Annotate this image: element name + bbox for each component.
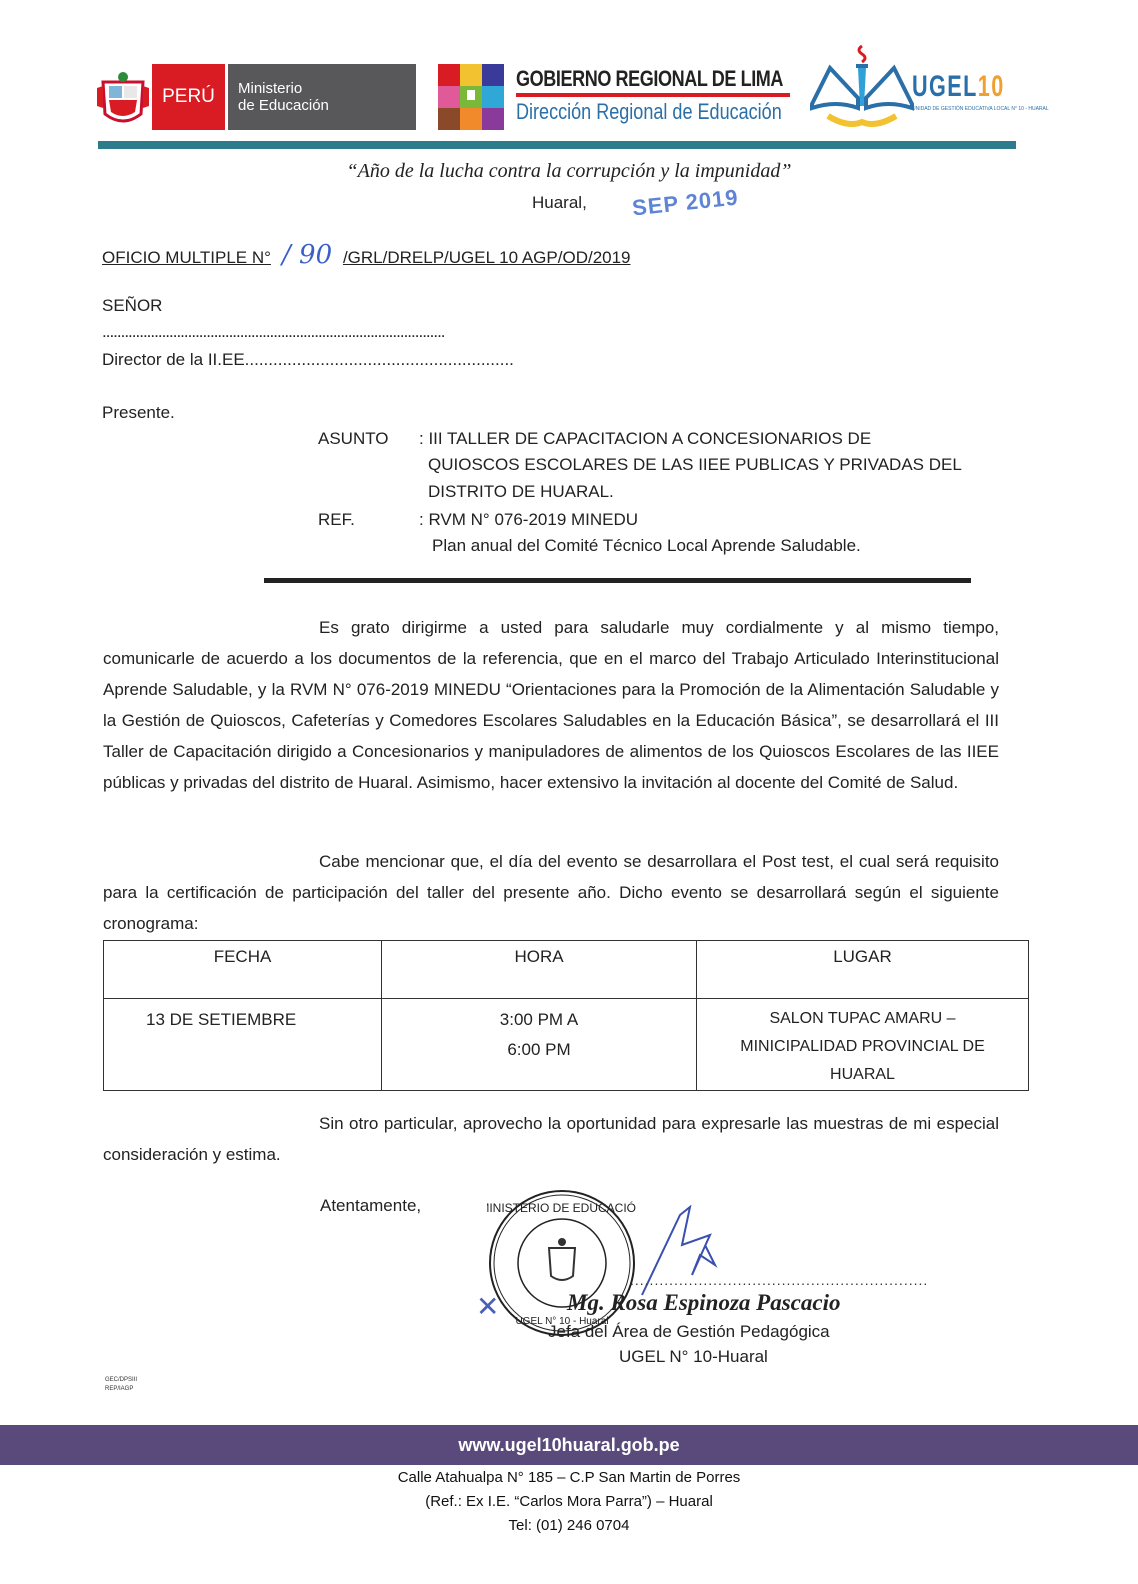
gobierno-regional-title: GOBIERNO REGIONAL DE LIMA (516, 66, 783, 92)
header-lugar: LUGAR (697, 941, 1029, 999)
footer-address: Calle Atahualpa N° 185 – C.P San Martin … (0, 1466, 1138, 1538)
ugel-wordmark-b: 10 (978, 70, 1005, 103)
schedule-header-row: FECHA HORA LUGAR (104, 941, 1029, 999)
body-paragraph-3: Sin otro particular, aprovecho la oportu… (103, 1108, 999, 1170)
closing-text: Atentamente, (320, 1196, 421, 1216)
asunto-line-1: : III TALLER DE CAPACITACION A CONCESION… (419, 429, 871, 449)
recipient-line: Director de la II.EE....................… (102, 350, 514, 370)
ugel-wordmark-a: UGEL (912, 70, 978, 103)
peru-brand-box: PERÚ (152, 64, 225, 130)
lugar-line-2: MINICIPALIDAD PROVINCIAL DE (698, 1033, 1027, 1061)
place-label: Huaral, (532, 193, 587, 213)
ministerio-brand-box: Ministerio de Educación (228, 64, 416, 130)
recipient-dots: ........................................… (102, 322, 445, 342)
reference-initials: GEC/DPSIII REP/IAGP (105, 1376, 137, 1394)
year-motto: “Año de la lucha contra la corrupción y … (0, 160, 1138, 183)
peru-label: PERÚ (162, 86, 215, 108)
lugar-line-1: SALON TUPAC AMARU – (698, 1005, 1027, 1033)
ministerio-line-2: de Educación (238, 97, 416, 114)
signer-role: Jefa del Área de Gestión Pedagógica (548, 1322, 830, 1342)
ugel-subtitle: UNIDAD DE GESTIÓN EDUCATIVA LOCAL N° 10 … (912, 106, 1049, 112)
direccion-regional-subtitle: Dirección Regional de Educación (516, 99, 782, 125)
hora-start: 3:00 PM A (383, 1005, 695, 1035)
signer-name: Mg. Rosa Espinoza Pascacio (567, 1290, 840, 1316)
header-fecha: FECHA (104, 941, 382, 999)
cell-hora: 3:00 PM A 6:00 PM (382, 999, 697, 1091)
x-mark-icon: ✕ (476, 1290, 499, 1323)
cell-lugar: SALON TUPAC AMARU – MINICIPALIDAD PROVIN… (697, 999, 1029, 1091)
initials-line-2: REP/IAGP (105, 1385, 137, 1394)
oficio-prefix: OFICIO MULTIPLE N° (102, 248, 271, 267)
date-stamp: SEP 2019 (631, 184, 740, 221)
table-row: 13 DE SETIEMBRE 3:00 PM A 6:00 PM SALON … (104, 999, 1029, 1091)
svg-text:MINISTERIO DE EDUCACIÓN: MINISTERIO DE EDUCACIÓN (487, 1200, 637, 1215)
header-hora: HORA (382, 941, 697, 999)
body-paragraph-2: Cabe mencionar que, el día del evento se… (103, 846, 999, 939)
body-paragraph-1: Es grato dirigirme a usted para saludarl… (103, 612, 999, 798)
hora-end: 6:00 PM (383, 1035, 695, 1065)
initials-line-1: GEC/DPSIII (105, 1376, 137, 1385)
presente-label: Presente. (102, 403, 175, 423)
address-line-1: Calle Atahualpa N° 185 – C.P San Martin … (0, 1466, 1138, 1490)
ref-line-1: : RVM N° 076-2019 MINEDU (419, 510, 638, 530)
phone-line: Tel: (01) 246 0704 (0, 1514, 1138, 1538)
ugel-10-wordmark: UGEL10 (912, 70, 1005, 104)
peru-coat-of-arms-icon (97, 68, 149, 130)
asunto-label: ASUNTO (318, 429, 389, 449)
signer-unit: UGEL N° 10-Huaral (619, 1347, 768, 1367)
gobierno-regional-logo-icon (438, 64, 504, 130)
ugel-book-torch-logo-icon (808, 38, 918, 134)
section-divider (264, 578, 971, 583)
oficio-suffix: /GRL/DRELP/UGEL 10 AGP/OD/2019 (343, 248, 631, 267)
oficio-reference: OFICIO MULTIPLE N°/GRL/DRELP/UGEL 10 AGP… (102, 248, 631, 268)
schedule-table: FECHA HORA LUGAR 13 DE SETIEMBRE 3:00 PM… (103, 940, 1029, 1091)
ref-label: REF. (318, 510, 355, 530)
gobierno-regional-divider (516, 93, 790, 97)
ministerio-line-1: Ministerio (238, 80, 416, 97)
recipient-title: SEÑOR (102, 296, 162, 316)
cell-fecha: 13 DE SETIEMBRE (104, 999, 382, 1091)
header-divider-bar (98, 141, 1016, 149)
ref-line-2: Plan anual del Comité Técnico Local Apre… (432, 536, 861, 556)
oficio-handwritten-number: / 90 (282, 240, 332, 270)
asunto-line-3: DISTRITO DE HUARAL. (428, 482, 614, 502)
signature-line: ........................................… (630, 1272, 928, 1288)
footer-website-bar: www.ugel10huaral.gob.pe (0, 1425, 1138, 1465)
asunto-line-2: QUIOSCOS ESCOLARES DE LAS IIEE PUBLICAS … (428, 455, 962, 475)
website-link[interactable]: www.ugel10huaral.gob.pe (458, 1435, 679, 1456)
lugar-line-3: HUARAL (698, 1061, 1027, 1089)
address-line-2: (Ref.: Ex I.E. “Carlos Mora Parra”) – Hu… (0, 1490, 1138, 1514)
